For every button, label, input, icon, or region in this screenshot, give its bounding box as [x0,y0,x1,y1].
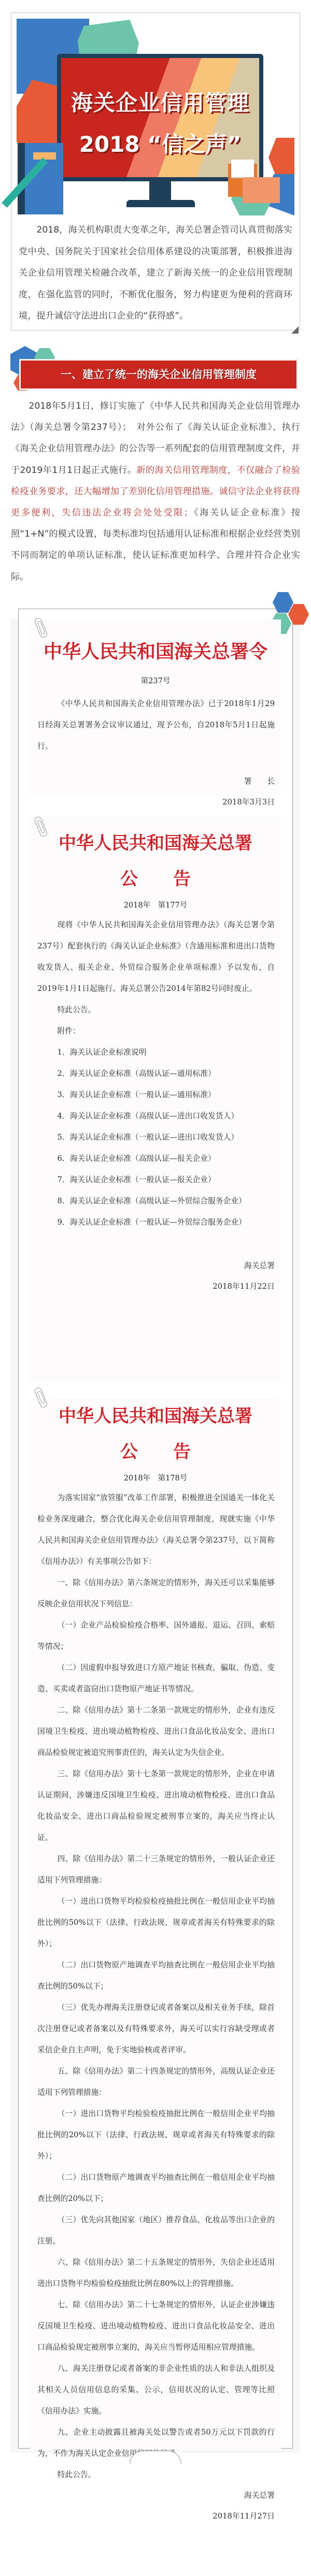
doc-paragraph: （三）优先向其他国家（地区）推荐食品、化妆品等出口企业的注册。 [30,2209,281,2252]
attachment-item: 5．海关认证企业标准（一般认证—进出口收发货人） [30,1127,281,1148]
doc-paragraph: （三）优先办理海关注册登记或者备案以及相关业务手续，除首次注册登记或者备案以及有… [30,1997,281,2061]
monitor-base [126,200,195,207]
doc-paragraph: 六、除《信用办法》第二十五条规定的情形外，失信企业还适用进出口货物平均检验检疫抽… [30,2252,281,2294]
doc-paragraph: 五、除《信用办法》第二十四条规定的情形外，高级认证企业还适用下列管理措施： [30,2061,281,2103]
doc-date: 2018年11月27日 [30,2506,281,2527]
doc-signer: 署 长 [30,757,281,792]
monitor-screen: 海关企业信用管理 2018 “信之声” [61,58,259,177]
banner-title: 海关企业信用管理 [61,86,259,117]
document-announcement-178: 中华人民共和国海关总署 公 告 2018年 第178号 为落实国家“放管服”改革… [30,1399,281,2450]
section-body-text-2: 《海关认证企业标准》按照“1+N”的模式设置，每类标准均包括通用认证标准和根据企… [11,508,300,582]
attachment-item: 1．海关认证企业标准说明 [30,1042,281,1063]
attachment-item: 8．海关认证企业标准（高级认证—外贸综合服务企业） [30,1190,281,1212]
banner-subtitle: 2018 “信之声” [61,127,259,159]
document-order-237: 中华人民共和国海关总署令 第237号 《中华人民共和国海关企业信用管理办法》已于… [30,620,281,796]
doc-paragraph: 七、除《信用办法》第二十七条规定的情形外，认证企业涉嫌违反国境卫生检疫、进出境动… [30,2294,281,2358]
doc-closing: 特此公告。 [30,2464,281,2485]
doc-closing: 特此公告。 [30,999,281,1020]
doc-paragraph: （一）进出口货物平均检验检疫抽批比例在一般信用企业平均抽批比例的20%以下（法律… [30,2103,281,2167]
decor-orange-shape-right [268,138,294,177]
doc-paragraph: （一）进出口货物平均检验检疫抽批比例在一般信用企业平均抽批比例的50%以下（法律… [30,1891,281,1954]
document-announcement-177: 中华人民共和国海关总署 公 告 2018年 第177号 现将《中华人民共和国海关… [30,817,281,1382]
attachment-item: 7．海关认证企业标准（一般认证—报关企业） [30,1169,281,1190]
doc-body: 现将《中华人民共和国海关企业信用管理办法》（海关总署令第237号）配套执行的《海… [30,910,281,999]
doc-paragraph: （二）出口货物原产地调查平均抽查比例在一般信用企业平均抽查比例的50%以下； [30,1954,281,1997]
attachment-item: 9．海关认证企业标准（一般认证—外贸综合服务企业） [30,1212,281,1233]
envelope-icon-front [243,177,280,203]
attachment-item: 2．海关认证企业标准（高级认证—通用标准） [30,1063,281,1084]
article-page: 海关企业信用管理 2018 “信之声” 2018，海关机构职责大变革之年，海关总… [0,0,311,2576]
doc-title: 中华人民共和国海关总署令 [30,620,281,664]
doc-title: 中华人民共和国海关总署 [30,817,281,854]
attachments-label: 附件： [30,1020,281,1042]
doc-paragraph: 四、除《信用办法》第二十三条规定的情形外，一般认证企业还适用下列管理措施： [30,1848,281,1891]
paper-notch [130,2451,181,2464]
doc-body: 《中华人民共和国海关企业信用管理办法》已于2018年1月29日经海关总署署务会议… [30,686,281,757]
section-body-text: 2018年5月1日，修订实施了《中华人民共和国海关企业信用管理办法》（海关总署令… [11,401,300,476]
doc-number: 2018年 第177号 [30,890,281,910]
doc-date: 2018年11月22日 [30,1276,281,1297]
attachment-item: 6．海关认证企业标准（高级认证—报关企业） [30,1148,281,1169]
section-heading: 一、建立了统一的海关企业信用管理制度 [20,359,298,390]
doc-paragraph: 二、除《信用办法》第十二条第一款规定的情形外，企业有违反国境卫生检疫、进出境动植… [30,1700,281,1763]
doc-number: 2018年 第178号 [30,1463,281,1483]
doc-number: 第237号 [30,664,281,686]
doc-paragraph: （二）因虚假申报导致进口方原产地证书核查，骗取、伪造、变造、买卖或者盗窃出口货物… [30,1657,281,1700]
doc-title-2: 公 告 [30,1427,281,1463]
doc-date: 2018年3月3日 [30,792,281,813]
doc-signer: 海关总署 [30,2485,281,2506]
monitor-stand [149,181,171,202]
doc-title: 中华人民共和国海关总署 [30,1399,281,1427]
doc-paragraph: （一）企业产品检验检疫合格率、国外通报、退运、召回、索赔等情况； [30,1615,281,1657]
doc-paragraph: （二）出口货物原产地调查平均抽查比例在一般信用企业平均抽查比例的20%以下； [30,2167,281,2209]
doc-paragraph: 为落实国家“放管服”改革工作部署，积极推进全国通关一体化关检业务深度融合，整合优… [30,1483,281,1572]
attachment-item: 4．海关认证企业标准（高级认证—进出口收发货人） [30,1105,281,1127]
doc-paragraph: 三、除《信用办法》第十七条第一款规定的情形外，企业在申请认证期间，涉嫌违反国境卫… [30,1763,281,1848]
doc-paragraph: 八、海关注册登记或者备案的非企业性质的法人和非法人组织及其相关人员信用信息的采集… [30,2358,281,2422]
attachment-item: 3．海关认证企业标准（一般认证—通用标准） [30,1084,281,1105]
doc-title-2: 公 告 [30,854,281,890]
notebook-label [33,152,56,160]
doc-signer: 海关总署 [30,1233,281,1276]
intro-paragraph: 2018，海关机构职责大变革之年，海关总署企管司认真贯彻落实党中央、国务院关于国… [19,220,292,327]
doc-paragraph: 一、除《信用办法》第六条规定的情形外，海关还可以采集能够反映企业信用状况下列信息… [30,1572,281,1615]
letter-icon [231,160,254,178]
section-body: 2018年5月1日，修订实施了《中华人民共和国海关企业信用管理办法》（海关总署令… [11,396,300,588]
banner-illustration: 海关企业信用管理 2018 “信之声” [17,19,294,215]
